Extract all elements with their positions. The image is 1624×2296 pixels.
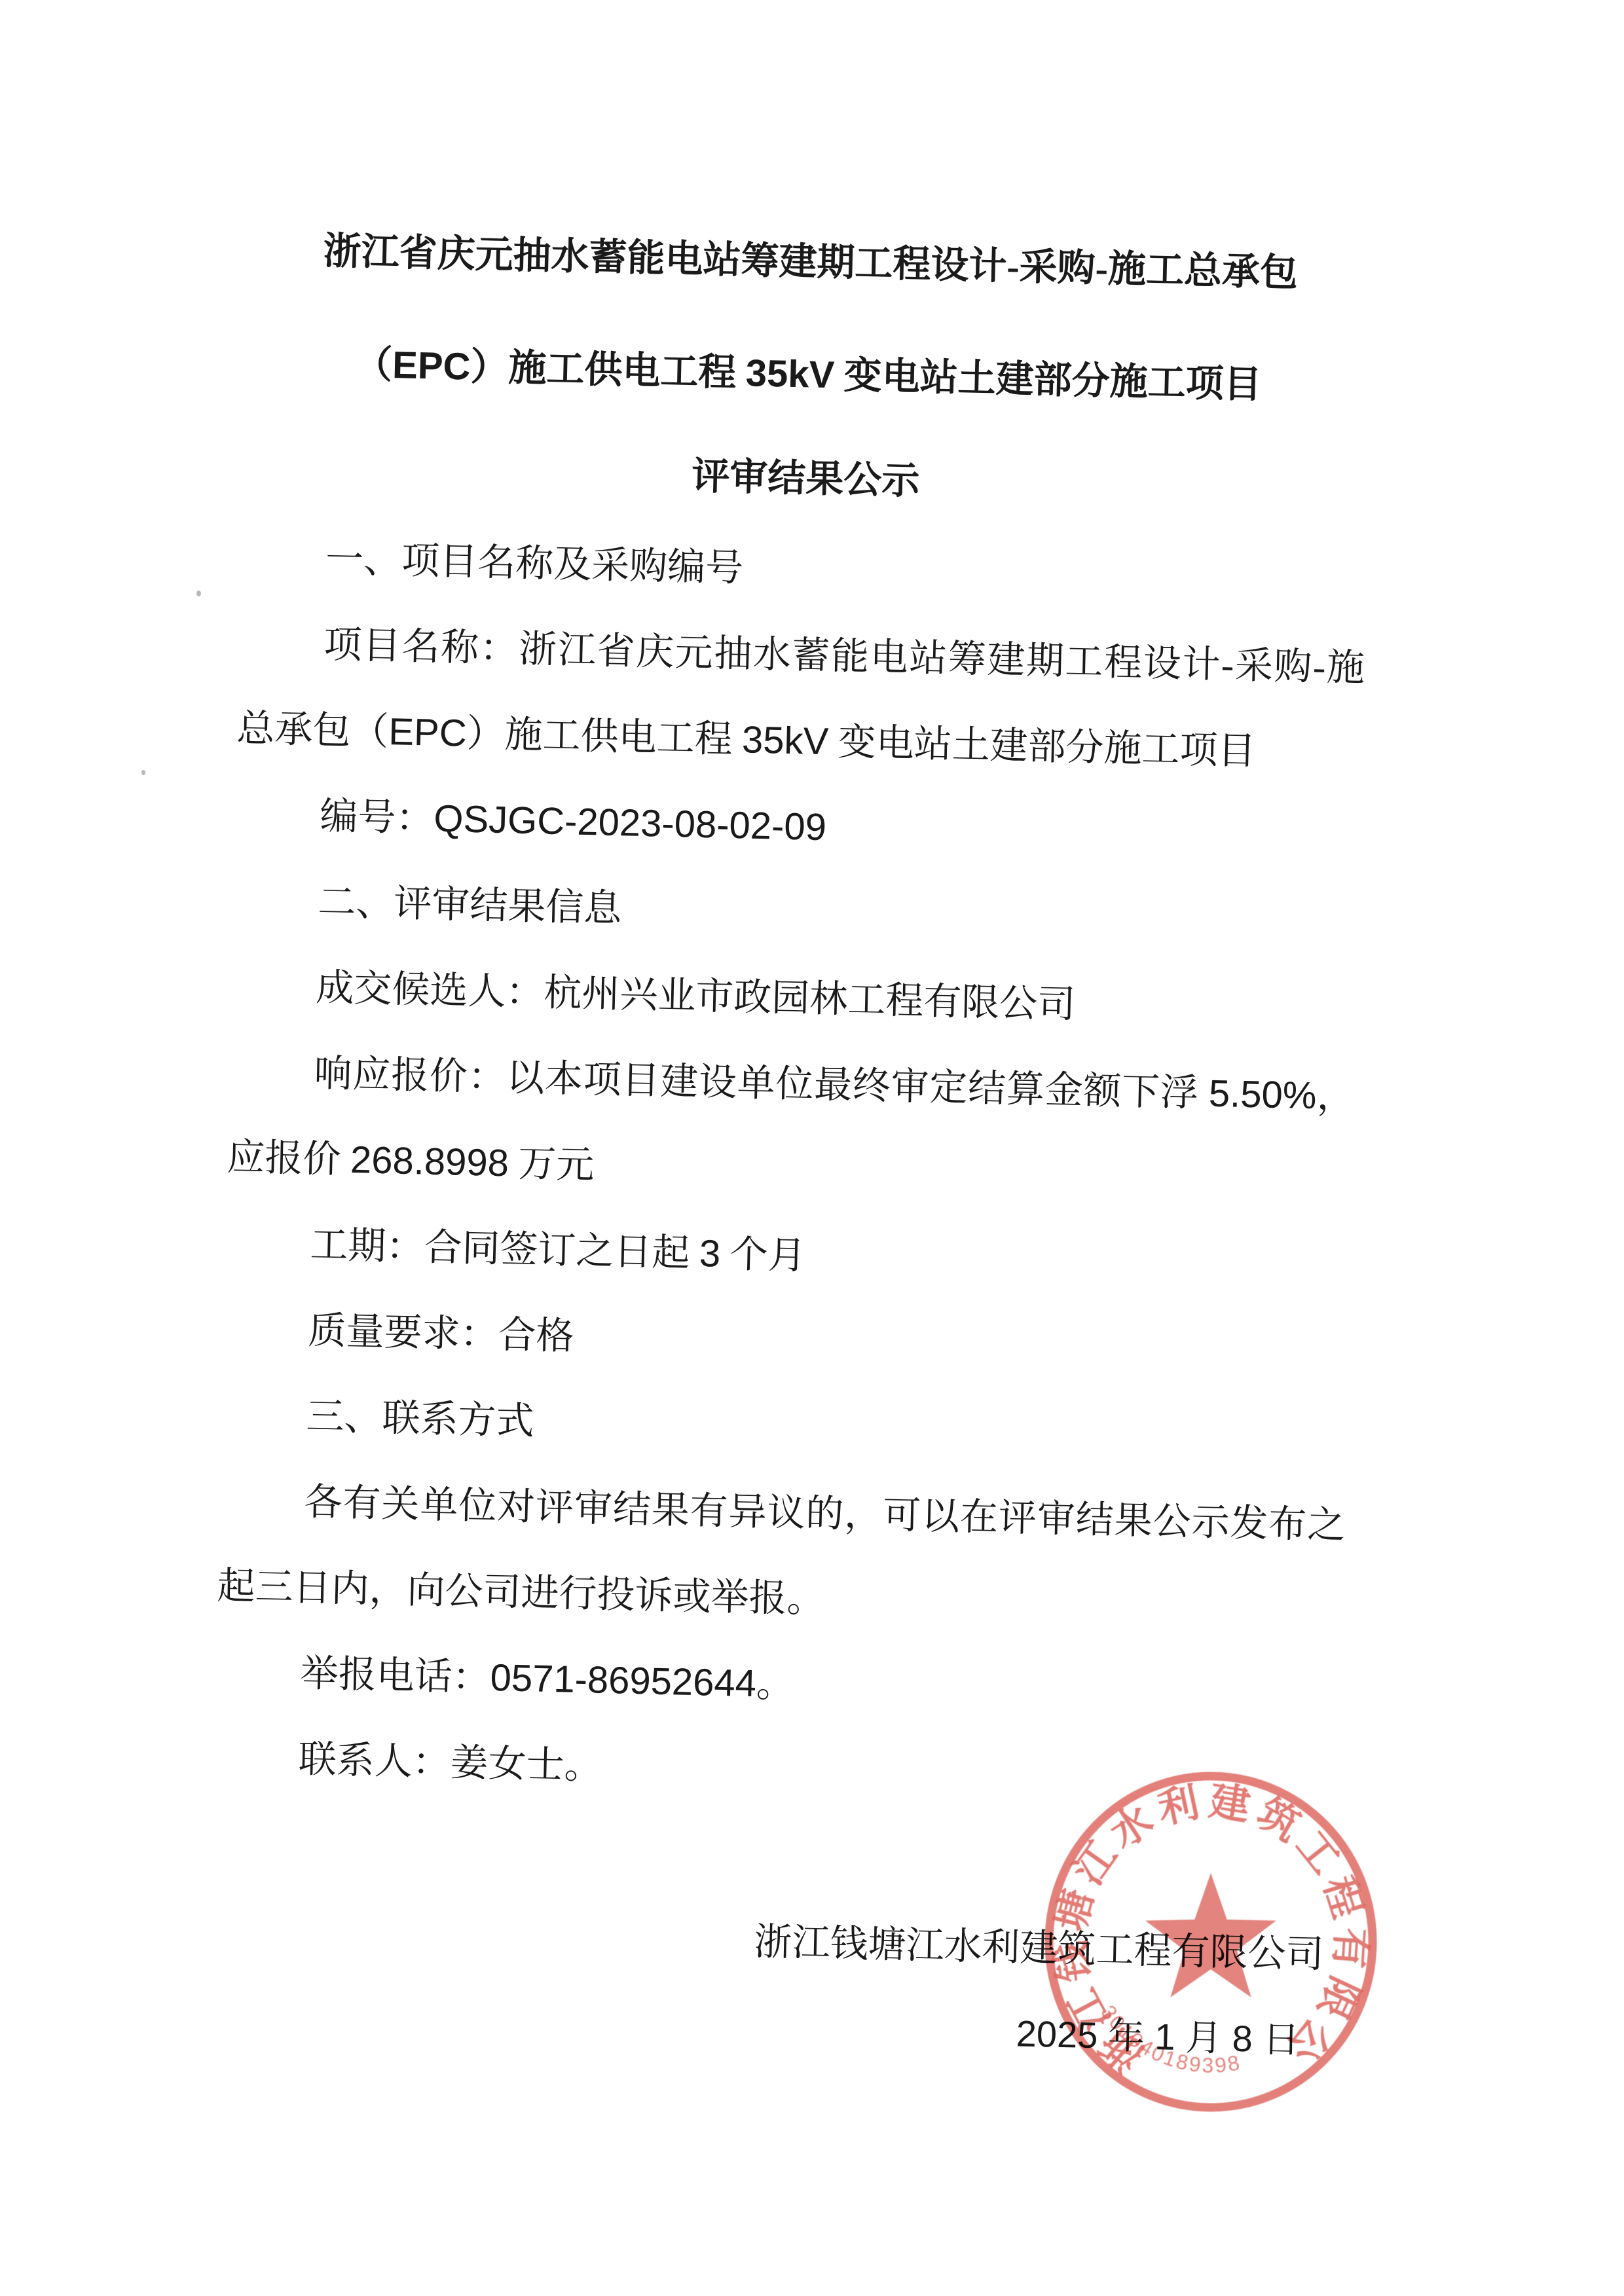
- scan-artifact: [141, 770, 145, 775]
- scan-artifact: [196, 591, 201, 596]
- document-page: 浙江省庆元抽水蓄能电站筹建期工程设计-采购-施工总承包 （EPC）施工供电工程 …: [0, 0, 1624, 2296]
- report-phone-number: 0571-86952644: [490, 1656, 757, 1705]
- procurement-code-value: QSJGC-2023-08-02-09: [434, 797, 827, 849]
- seal-star-icon: [1145, 1873, 1276, 1997]
- company-seal: 浙江钱塘江水利建筑工程有限公司 301040189398: [1027, 1749, 1394, 2134]
